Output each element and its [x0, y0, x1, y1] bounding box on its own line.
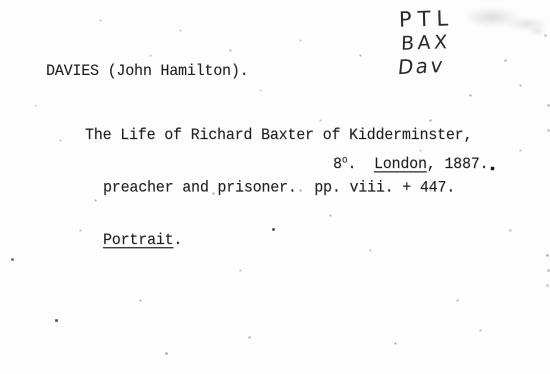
handwritten-shelfmark-dav: Dav	[397, 55, 446, 78]
format-period: .	[348, 155, 357, 173]
title-block: The Life of Richard Baxter of Kiddermins…	[85, 92, 472, 285]
pencil-smudge	[528, 26, 546, 36]
handwritten-shelfmark-ptl: PTL	[399, 8, 455, 30]
scan-noise	[0, 0, 1, 1]
author-heading: DAVIES (John Hamilton).	[46, 63, 248, 81]
imprint-line: 8o. London, 1887.	[333, 152, 488, 174]
portrait-period: .	[173, 231, 182, 249]
title-line-3: Portrait.	[85, 232, 472, 250]
title-line-2: preacher and prisoner. pp. viii. + 447.	[85, 180, 472, 198]
pencil-smudge	[463, 6, 521, 28]
catalog-card-scan: PTL BAX Dav DAVIES (John Hamilton). The …	[0, 0, 550, 374]
imprint-gap	[356, 155, 374, 173]
publication-date: , 1887.	[427, 155, 489, 173]
title-line-1: The Life of Richard Baxter of Kiddermins…	[85, 127, 472, 145]
portrait-underlined: Portrait	[103, 231, 173, 249]
handwritten-shelfmark-bax: BAX	[401, 33, 451, 54]
format-size: 8	[333, 155, 342, 173]
pencil-smudge	[506, 17, 548, 31]
publication-place: London	[374, 155, 427, 173]
